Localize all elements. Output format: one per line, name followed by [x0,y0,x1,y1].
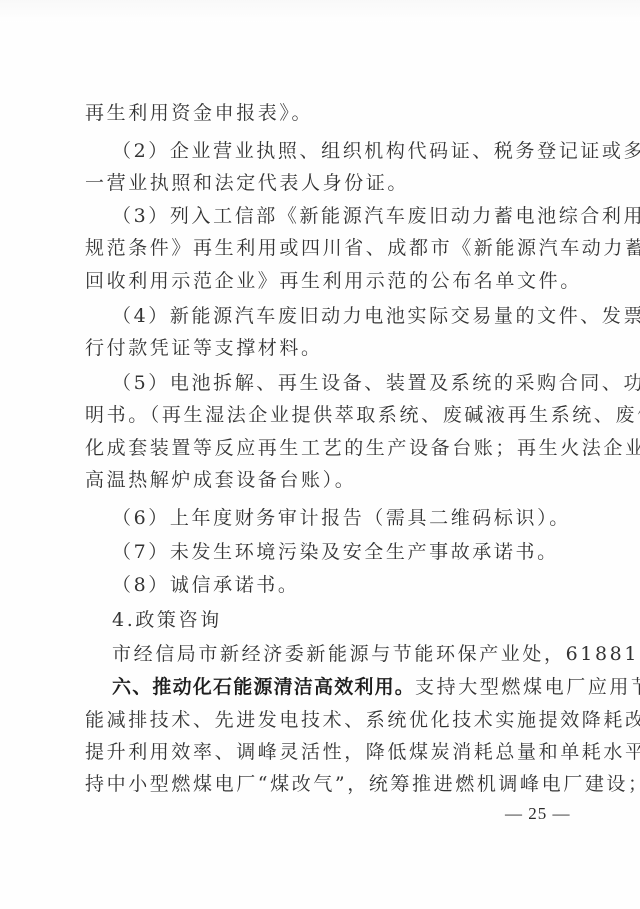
section-six-heading: 六、推动化石能源清洁高效利用。 [112,676,415,698]
list-item-8: （8）诚信承诺书。 [112,573,575,597]
list-item-7: （7）未发生环境污染及安全生产事故承诺书。 [112,540,575,564]
paragraph-line: 回收利用示范企业》再生利用示范的公布名单文件。 [85,269,575,293]
paragraph-line: 高温热解炉成套设备台账）。 [85,468,575,492]
list-item-4: （4）新能源汽车废旧动力电池实际交易量的文件、发票或银 [112,304,575,328]
page-number: — 25 — [505,804,571,824]
paragraph-line: 再生利用资金申报表》。 [85,101,575,125]
contact-line: 市经信局市新经济委新能源与节能环保产业处，61881646。 [112,642,575,666]
paragraph-line: 明书。（再生湿法企业提供萃取系统、废碱液再生系统、废气净 [85,403,575,427]
section-six-first-line: 六、推动化石能源清洁高效利用。支持大型燃煤电厂应用节 [112,675,575,699]
document-page: 再生利用资金申报表》。 （2）企业营业执照、组织机构代码证、税务登记证或多证合 … [0,0,640,909]
paragraph-line: 持中小型燃煤电厂“煤改气”，统筹推进燃机调峰电厂建设；对 [85,772,575,796]
section-heading-policy-consult: 4.政策咨询 [112,608,575,632]
list-item-6: （6）上年度财务审计报告（需具二维码标识）。 [112,506,575,530]
paragraph-line: 化成套装置等反应再生工艺的生产设备台账；再生火法企业提供 [85,436,575,460]
list-item-3: （3）列入工信部《新能源汽车废旧动力蓄电池综合利用行业 [112,204,575,228]
paragraph-line: 提升利用效率、调峰灵活性，降低煤炭消耗总量和单耗水平；支 [85,740,575,764]
section-six-heading-rest: 支持大型燃煤电厂应用节 [415,676,640,698]
list-item-2: （2）企业营业执照、组织机构代码证、税务登记证或多证合 [112,139,575,163]
paragraph-line: 行付款凭证等支撑材料。 [85,336,575,360]
paragraph-line: 能减排技术、先进发电技术、系统优化技术实施提效降耗改造， [85,708,575,732]
scan-bleed-through [0,0,640,22]
paragraph-line: 规范条件》再生利用或四川省、成都市《新能源汽车动力蓄电池 [85,236,575,260]
paragraph-line: 一营业执照和法定代表人身份证。 [85,171,575,195]
list-item-5: （5）电池拆解、再生设备、装置及系统的采购合同、功能说 [112,371,575,395]
